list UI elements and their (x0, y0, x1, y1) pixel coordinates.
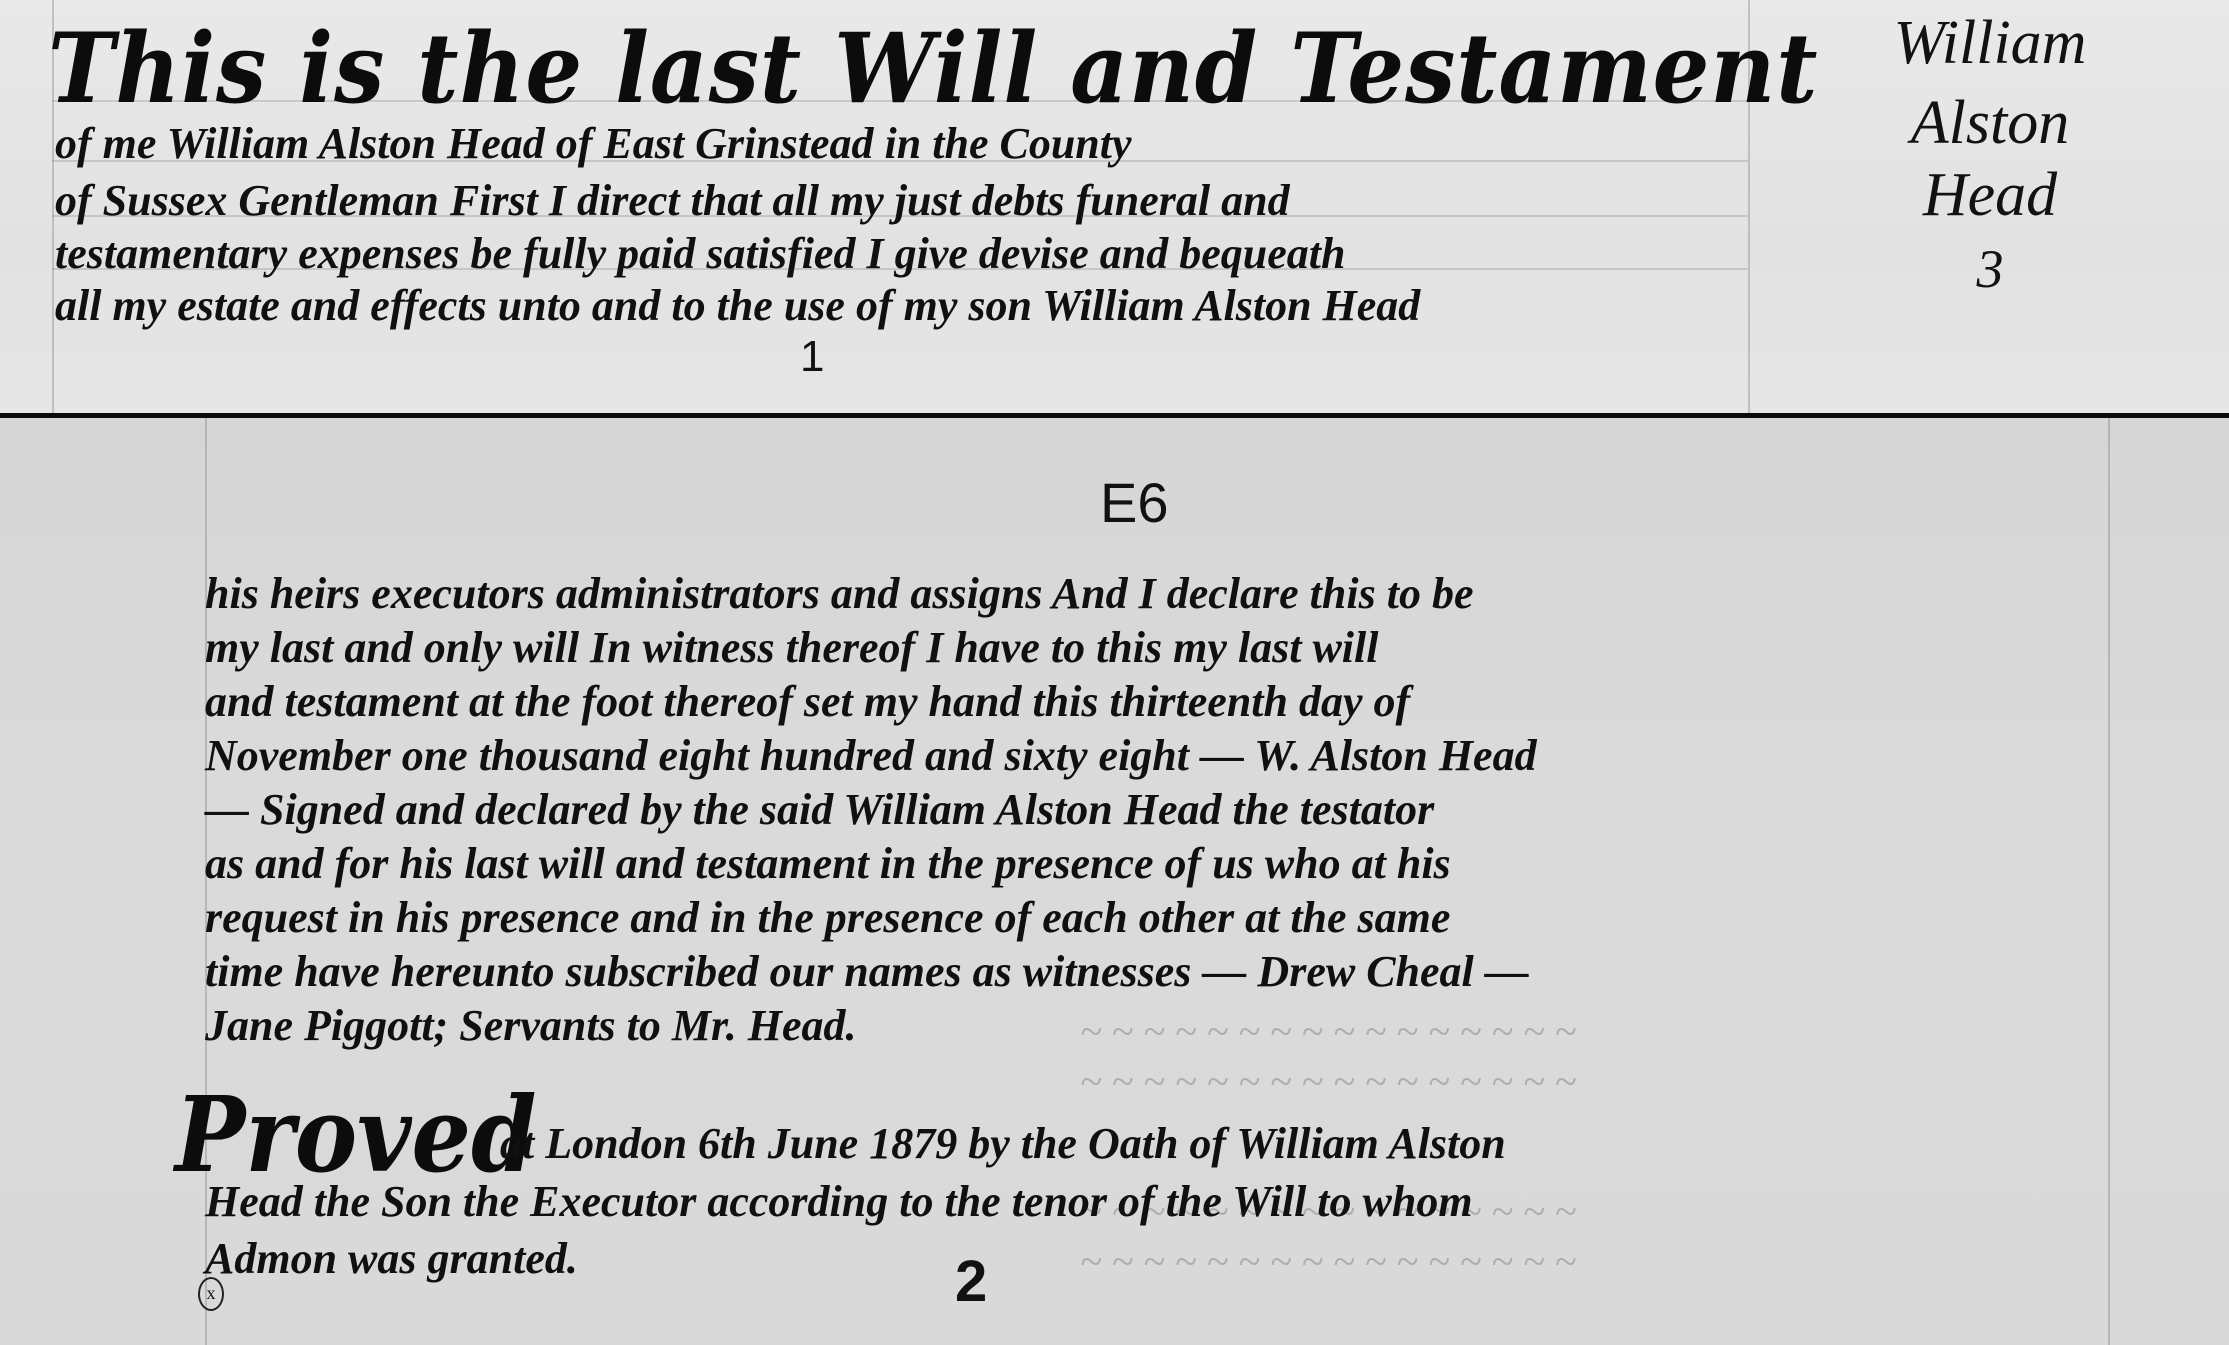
margin-name-first: William (1820, 8, 2160, 79)
will-text-line: Jane Piggott; Servants to Mr. Head. (205, 1000, 856, 1051)
probate-text-line: Head the Son the Executor according to t… (205, 1176, 1473, 1227)
will-text-line: and testament at the foot thereof set my… (205, 676, 1410, 727)
will-text-line: November one thousand eight hundred and … (205, 730, 1537, 781)
will-text-line: testamentary expenses be fully paid sati… (55, 228, 1346, 279)
circled-mark: x (198, 1277, 224, 1311)
margin-name-last: Head (1820, 160, 2160, 231)
probate-text-line: at London 6th June 1879 by the Oath of W… (500, 1118, 1506, 1169)
will-text-line: of Sussex Gentleman First I direct that … (55, 175, 1290, 226)
probate-text-line: Admon was granted. (205, 1233, 578, 1284)
will-text-line: all my estate and effects unto and to th… (55, 280, 1420, 331)
bleed-through-text: ~ ~ ~ ~ ~ ~ ~ ~ ~ ~ ~ ~ ~ ~ ~ ~ (1080, 1008, 1576, 1055)
will-text-line: my last and only will In witness thereof… (205, 622, 1378, 673)
folio-mark-2: 2 (955, 1248, 987, 1315)
will-title: This is the last Will and Testament (48, 12, 1818, 125)
will-text-line: time have hereunto subscribed our names … (205, 946, 1529, 997)
bleed-through-text: ~ ~ ~ ~ ~ ~ ~ ~ ~ ~ ~ ~ ~ ~ ~ ~ (1080, 1238, 1576, 1285)
next-entry-cutoff (200, 1325, 1720, 1345)
pencil-mark: E6 (1100, 470, 1169, 535)
will-text-line: his heirs executors administrators and a… (205, 568, 1473, 619)
folio-mark-1: 1 (800, 332, 824, 382)
will-text-line: of me William Alston Head of East Grinst… (55, 118, 1132, 169)
will-text-line: request in his presence and in the prese… (205, 892, 1450, 943)
will-text-line: as and for his last will and testament i… (205, 838, 1451, 889)
lower-document-panel: E6 his heirs executors administrators an… (0, 418, 2229, 1345)
will-text-line: — Signed and declared by the said Willia… (205, 784, 1434, 835)
margin-name-middle: Alston (1820, 88, 2160, 159)
right-margin-rule (2108, 418, 2110, 1345)
upper-document-panel: This is the last Will and Testament of m… (0, 0, 2229, 413)
bleed-through-text: ~ ~ ~ ~ ~ ~ ~ ~ ~ ~ ~ ~ ~ ~ ~ ~ (1080, 1058, 1576, 1105)
margin-entry-number: 3 (1820, 238, 2160, 300)
